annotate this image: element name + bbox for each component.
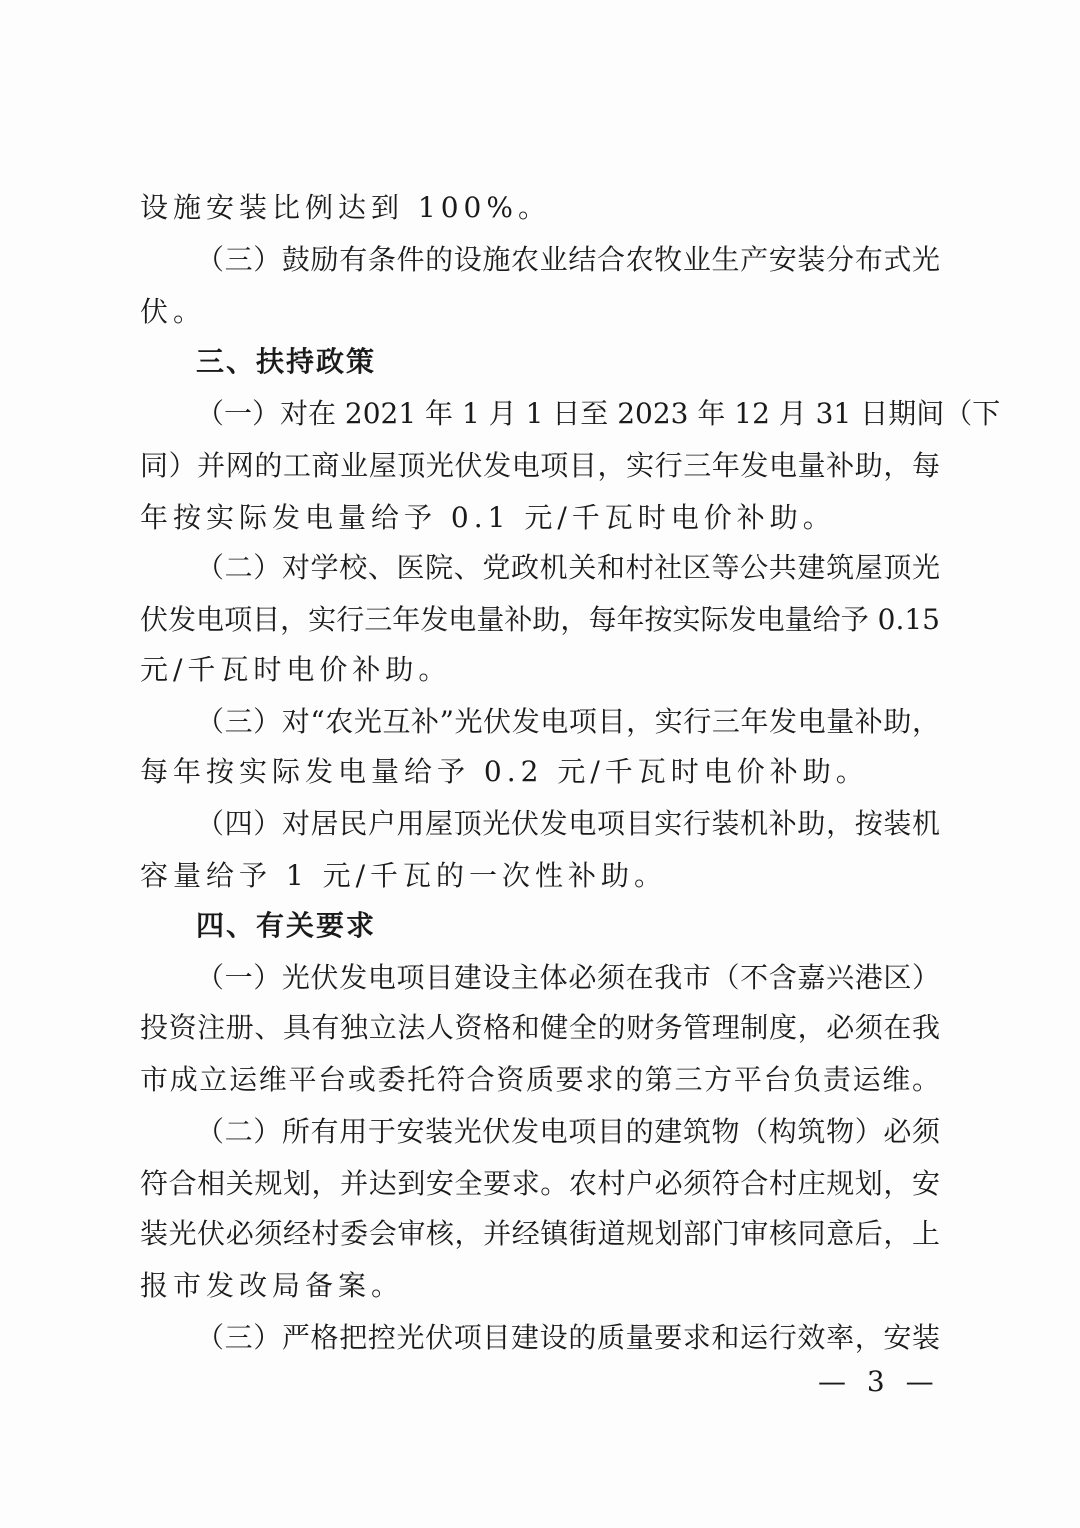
line-5: 同）并网的工商业屋顶光伏发电项目，实行三年发电量补助，每 bbox=[140, 440, 940, 492]
line-8: 伏发电项目，实行三年发电量补助，每年按实际发电量给予 0.15 bbox=[140, 594, 940, 646]
page-number: — 3 — bbox=[818, 1362, 940, 1402]
section-heading-support-policy: 三、扶持政策 bbox=[196, 336, 940, 388]
line-1: （三）鼓励有条件的设施农业结合农牧业生产安装分布式光 bbox=[196, 234, 940, 286]
line-0: 设施安装比例达到 100%。 bbox=[140, 182, 940, 234]
line-6: 年按实际发电量给予 0.1 元/千瓦时电价补助。 bbox=[140, 492, 940, 544]
line-15: （一）光伏发电项目建设主体必须在我市（不含嘉兴港区） bbox=[196, 952, 940, 1004]
section-heading-requirements: 四、有关要求 bbox=[196, 900, 940, 952]
line-16: 投资注册、具有独立法人资格和健全的财务管理制度，必须在我 bbox=[140, 1002, 940, 1054]
line-7: （二）对学校、医院、党政机关和村社区等公共建筑屋顶光 bbox=[196, 542, 940, 594]
line-12: （四）对居民户用屋顶光伏发电项目实行装机补助，按装机 bbox=[196, 798, 940, 850]
line-22: （三）严格把控光伏项目建设的质量要求和运行效率，安装 bbox=[196, 1312, 940, 1364]
line-9: 元/千瓦时电价补助。 bbox=[140, 644, 940, 696]
line-13: 容量给予 1 元/千瓦的一次性补助。 bbox=[140, 850, 940, 902]
line-18: （二）所有用于安装光伏发电项目的建筑物（构筑物）必须 bbox=[196, 1106, 940, 1158]
line-2: 伏。 bbox=[140, 286, 940, 338]
document-page: 设施安装比例达到 100%。 （三）鼓励有条件的设施农业结合农牧业生产安装分布式… bbox=[0, 0, 1080, 1528]
line-17: 市成立运维平台或委托符合资质要求的第三方平台负责运维。 bbox=[140, 1054, 940, 1106]
line-4: （一）对在 2021 年 1 月 1 日至 2023 年 12 月 31 日期间… bbox=[196, 388, 940, 440]
line-20: 装光伏必须经村委会审核，并经镇街道规划部门审核同意后，上 bbox=[140, 1208, 940, 1260]
line-21: 报市发改局备案。 bbox=[140, 1260, 940, 1312]
line-10: （三）对“农光互补”光伏发电项目，实行三年发电量补助， bbox=[196, 696, 940, 748]
line-11: 每年按实际发电量给予 0.2 元/千瓦时电价补助。 bbox=[140, 746, 940, 798]
line-19: 符合相关规划，并达到安全要求。农村户必须符合村庄规划，安 bbox=[140, 1158, 940, 1210]
